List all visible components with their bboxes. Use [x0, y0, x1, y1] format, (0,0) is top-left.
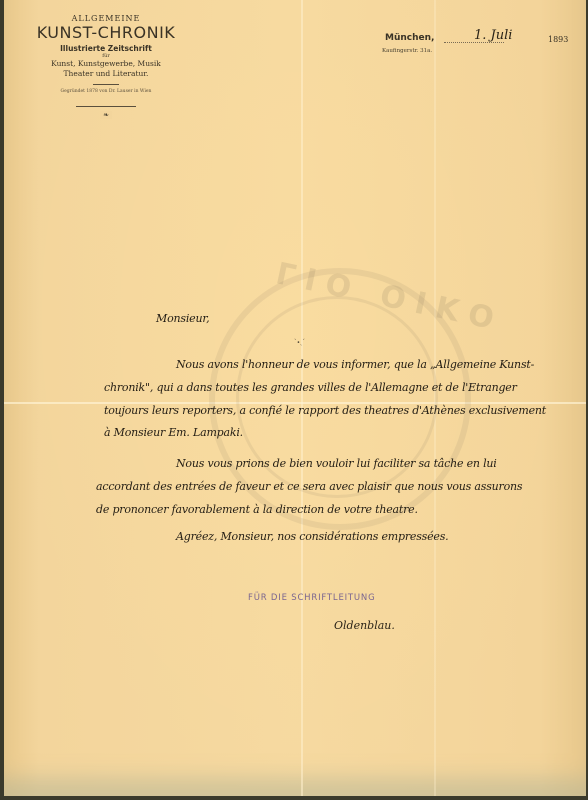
- letterhead-founded: Gegründet 1878 von Dr. Lauser in Wien: [26, 89, 186, 94]
- letter-line: Nous vous prions de bien vouloir lui fac…: [176, 457, 497, 470]
- fleuron-icon: ❧: [100, 111, 112, 119]
- rubber-stamp: FÜR DIE SCHRIFTLEITUNG: [248, 593, 375, 603]
- small-mark: ˋ∙ˏˊ: [294, 339, 305, 346]
- letterhead-rule: [93, 84, 119, 85]
- letterhead-topics-1: Kunst, Kunstgewerbe, Musik: [26, 59, 186, 69]
- dateline-place: München,: [385, 33, 434, 43]
- salutation: Monsieur,: [156, 312, 209, 325]
- letterhead: ALLGEMEINE KUNST-CHRONIK Illustrierte Ze…: [26, 14, 186, 110]
- letter-closing: Agréez, Monsieur, nos considérations emp…: [176, 530, 448, 543]
- letter-line: Nous avons l'honneur de vous informer, q…: [176, 358, 534, 371]
- letterhead-subtitle: Illustrierte Zeitschrift: [26, 44, 186, 53]
- dateline-year: 1893: [548, 35, 568, 44]
- dateline-address: Kaufingerstr. 31a.: [382, 48, 432, 54]
- letterhead-overline: ALLGEMEINE: [26, 14, 186, 23]
- letter-line: toujours leurs reporters, a confié le ra…: [104, 404, 546, 417]
- dateline-handwritten-date: 1. Juli: [474, 28, 512, 43]
- ornament-divider: ❧: [76, 102, 136, 110]
- letter-line: accordant des entrées de faveur et ce se…: [96, 480, 522, 493]
- letterhead-topics-2: Theater und Literatur.: [26, 69, 186, 79]
- letterhead-title: KUNST-CHRONIK: [26, 23, 186, 42]
- letter-line: de prononcer favorablement à la directio…: [96, 503, 418, 516]
- signature: Oldenblau.: [334, 619, 395, 632]
- letter-line: chronik", qui a dans toutes les grandes …: [104, 381, 517, 394]
- letter-paper: ΓΙΟ ΟΙΚΟ ALLGEMEINE KUNST-CHRONIK Illust…: [4, 0, 586, 796]
- letter-line: à Monsieur Em. Lampaki.: [104, 426, 243, 439]
